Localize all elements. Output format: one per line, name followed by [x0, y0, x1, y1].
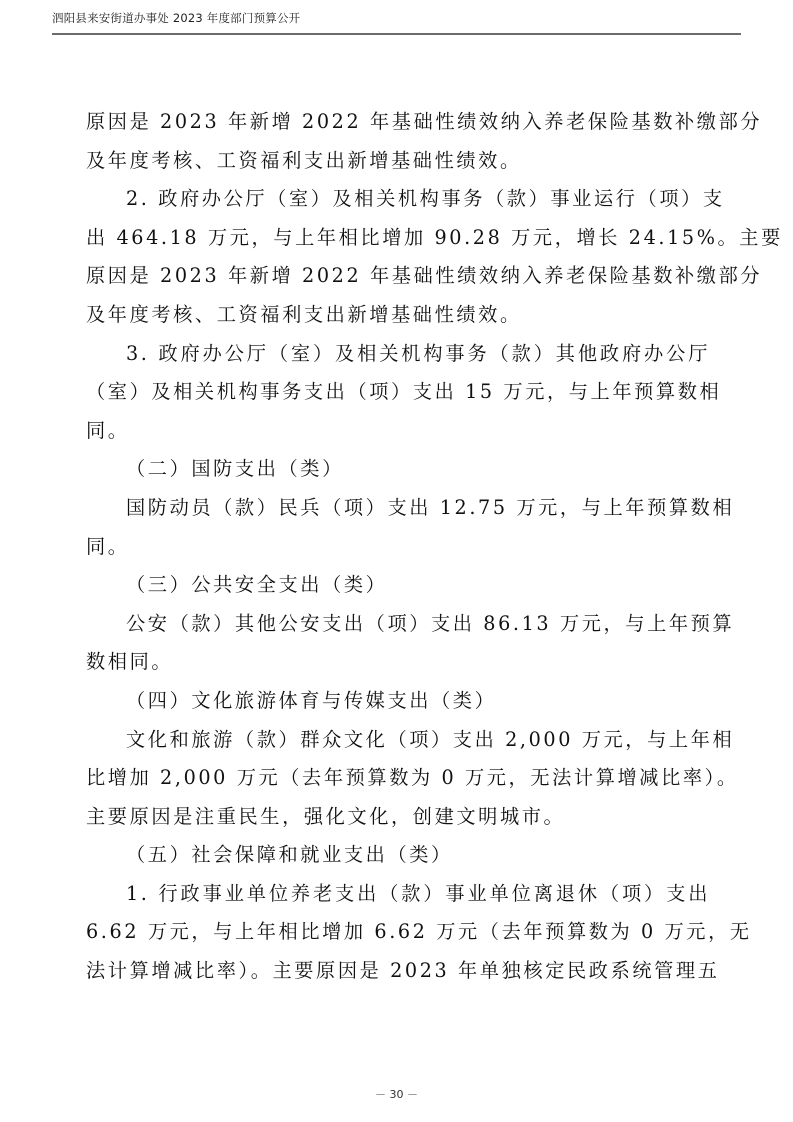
page-number: － 30 － — [0, 1086, 793, 1102]
document-body: 原因是 2023 年新增 2022 年基础性绩效纳入养老保险基数补缴部分 及年度… — [86, 103, 710, 991]
text-line: （室）及相关机构事务支出（项）支出 15 万元，与上年预算数相 — [86, 373, 710, 412]
section-heading-social-security: （五）社会保障和就业支出（类） — [86, 836, 710, 875]
text-line: 6.62 万元，与上年相比增加 6.62 万元（去年预算数为 0 万元，无 — [86, 913, 710, 952]
section-heading-culture: （四）文化旅游体育与传媒支出（类） — [86, 682, 710, 721]
text-line: 主要原因是注重民生，强化文化，创建文明城市。 — [86, 798, 710, 837]
paragraph-start: 3. 政府办公厅（室）及相关机构事务（款）其他政府办公厅 — [86, 335, 710, 374]
text-line: 原因是 2023 年新增 2022 年基础性绩效纳入养老保险基数补缴部分 — [86, 257, 710, 296]
paragraph-start: 2. 政府办公厅（室）及相关机构事务（款）事业运行（项）支 — [86, 180, 710, 219]
paragraph-start: 国防动员（款）民兵（项）支出 12.75 万元，与上年预算数相 — [86, 489, 710, 528]
text-line: 及年度考核、工资福利支出新增基础性绩效。 — [86, 296, 710, 335]
section-heading-defense: （二）国防支出（类） — [86, 450, 710, 489]
paragraph-start: 文化和旅游（款）群众文化（项）支出 2,000 万元，与上年相 — [86, 721, 710, 760]
section-heading-public-safety: （三）公共安全支出（类） — [86, 566, 710, 605]
running-header: 泗阳县来安街道办事处 2023 年度部门预算公开 — [52, 10, 300, 26]
paragraph-start: 公安（款）其他公安支出（项）支出 86.13 万元，与上年预算 — [86, 605, 710, 644]
text-line: 同。 — [86, 528, 710, 567]
text-line: 比增加 2,000 万元（去年预算数为 0 万元，无法计算增减比率）。 — [86, 759, 710, 798]
header-divider — [52, 33, 741, 35]
text-line: 原因是 2023 年新增 2022 年基础性绩效纳入养老保险基数补缴部分 — [86, 103, 710, 142]
paragraph-start: 1. 行政事业单位养老支出（款）事业单位离退休（项）支出 — [86, 875, 710, 914]
text-line: 数相同。 — [86, 643, 710, 682]
text-line: 法计算增减比率）。主要原因是 2023 年单独核定民政系统管理五 — [86, 952, 710, 991]
text-line: 同。 — [86, 412, 710, 451]
text-line: 出 464.18 万元，与上年相比增加 90.28 万元，增长 24.15%。主… — [86, 219, 710, 258]
text-line: 及年度考核、工资福利支出新增基础性绩效。 — [86, 142, 710, 181]
